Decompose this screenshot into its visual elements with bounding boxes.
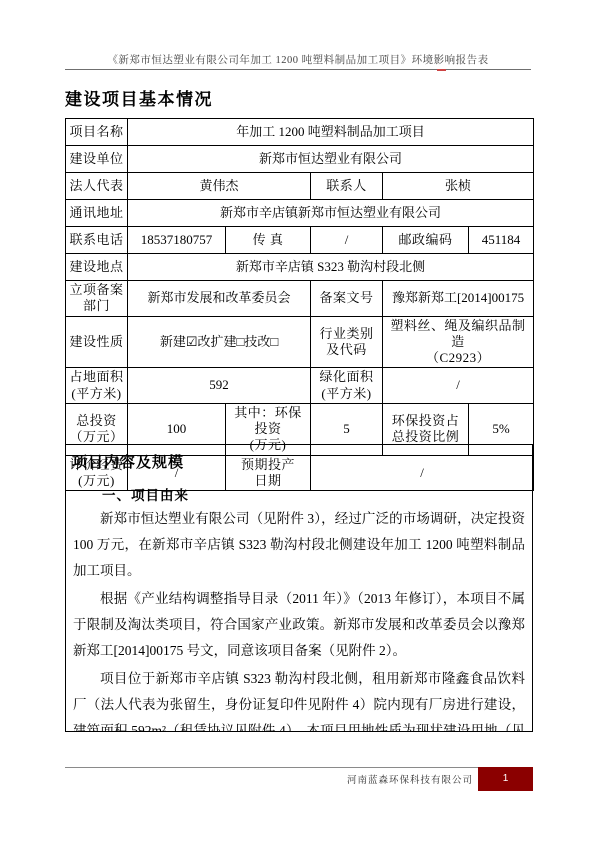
construction-site-value: 新郑市辛店镇 S323 勒沟村段北侧 xyxy=(128,254,534,281)
project-name-label: 项目名称 xyxy=(66,119,128,146)
fax-label: 传 真 xyxy=(226,227,311,254)
phone-label: 联系电话 xyxy=(66,227,128,254)
table-row: 法人代表 黄伟杰 联系人 张桢 xyxy=(66,173,534,200)
land-area-value: 592 xyxy=(128,368,311,404)
header-rule xyxy=(65,69,531,70)
paragraph-1: 新郑市恒达塑业有限公司（见附件 3），经过广泛的市场调研，决定投资 100 万元… xyxy=(73,506,525,584)
postal-code-label: 邮政编码 xyxy=(383,227,469,254)
mailing-address-value: 新郑市辛店镇新郑市恒达塑业有限公司 xyxy=(128,200,534,227)
construction-unit-value: 新郑市恒达塑业有限公司 xyxy=(128,146,534,173)
postal-code-value: 451184 xyxy=(469,227,534,254)
table-row: 占地面积 (平方米) 592 绿化面积 (平方米) / xyxy=(66,368,534,404)
section-title-project-content: 项目内容及规模 xyxy=(72,451,532,472)
industry-category-value: 塑料丝、绳及编织品制造 （C2923） xyxy=(383,316,534,368)
page-header-title: 《新郑市恒达塑业有限公司年加工 1200 吨塑料制品加工项目》环境影响报告表 xyxy=(65,52,531,67)
paragraph-2: 根据《产业结构调整指导目录（2011 年）》（2013 年修订），本项目不属于限… xyxy=(73,586,525,664)
table-row: 联系电话 18537180757 传 真 / 邮政编码 451184 xyxy=(66,227,534,254)
table-row: 通讯地址 新郑市辛店镇新郑市恒达塑业有限公司 xyxy=(66,200,534,227)
industry-category-label: 行业类别 及代码 xyxy=(311,316,383,368)
table-row: 立项备案 部门 新郑市发展和改革委员会 备案文号 豫郑新郑工[2014]0017… xyxy=(66,281,534,317)
table-row: 建设地点 新郑市辛店镇 S323 勒沟村段北侧 xyxy=(66,254,534,281)
footer-rule xyxy=(65,767,531,768)
green-area-label: 绿化面积 (平方米) xyxy=(311,368,383,404)
filing-number-label: 备案文号 xyxy=(311,281,383,317)
land-area-label: 占地面积 (平方米) xyxy=(66,368,128,404)
mailing-address-label: 通讯地址 xyxy=(66,200,128,227)
contact-person-label: 联系人 xyxy=(311,173,383,200)
contact-person-value: 张桢 xyxy=(383,173,534,200)
construction-unit-label: 建设单位 xyxy=(66,146,128,173)
fax-value: / xyxy=(311,227,383,254)
green-area-value: / xyxy=(383,368,534,404)
table-row: 建设单位 新郑市恒达塑业有限公司 xyxy=(66,146,534,173)
subsection-heading-project-origin: 一、项目由来 xyxy=(102,484,532,504)
section-title-basic-info: 建设项目基本情况 xyxy=(65,85,213,110)
basic-info-table: 项目名称 年加工 1200 吨塑料制品加工项目 建设单位 新郑市恒达塑业有限公司… xyxy=(65,118,534,491)
paragraph-3: 项目位于新郑市辛店镇 S323 勒沟村段北侧，租用新郑市隆鑫食品饮料厂（法人代表… xyxy=(73,666,525,732)
paragraph-2-text: 根据《产业结构调整指导目录（2011 年）》（2013 年修订），本项目不属于限… xyxy=(73,591,525,658)
construction-site-label: 建设地点 xyxy=(66,254,128,281)
construction-nature-checkboxes: 新建☑改扩建□技改□ xyxy=(128,316,311,368)
filing-department-label: 立项备案 部门 xyxy=(66,281,128,317)
phone-value: 18537180757 xyxy=(128,227,226,254)
project-name-value: 年加工 1200 吨塑料制品加工项目 xyxy=(128,119,534,146)
legal-representative-value: 黄伟杰 xyxy=(128,173,311,200)
paragraph-3-text-before: 项目位于新郑市辛店镇 S323 勒沟村段北侧，租用新郑市隆鑫食品饮料厂（法人代表… xyxy=(73,671,525,732)
footer-company-name: 河南蓝森环保科技有限公司 xyxy=(65,772,473,786)
filing-number-value: 豫郑新郑工[2014]00175 xyxy=(383,281,534,317)
legal-representative-label: 法人代表 xyxy=(66,173,128,200)
filing-department-value: 新郑市发展和改革委员会 xyxy=(128,281,311,317)
project-content-section: 项目内容及规模 一、项目由来 新郑市恒达塑业有限公司（见附件 3），经过广泛的市… xyxy=(65,444,533,732)
page-number-box: 1 xyxy=(478,767,533,791)
header-rule-red-mark xyxy=(437,69,446,71)
table-row: 建设性质 新建☑改扩建□技改□ 行业类别 及代码 塑料丝、绳及编织品制造 （C2… xyxy=(66,316,534,368)
report-page: 《新郑市恒达塑业有限公司年加工 1200 吨塑料制品加工项目》环境影响报告表 建… xyxy=(0,0,595,841)
table-row: 项目名称 年加工 1200 吨塑料制品加工项目 xyxy=(66,119,534,146)
construction-nature-label: 建设性质 xyxy=(66,316,128,368)
paragraph-1-text: 新郑市恒达塑业有限公司（见附件 3），经过广泛的市场调研，决定投资 100 万元… xyxy=(73,511,525,578)
